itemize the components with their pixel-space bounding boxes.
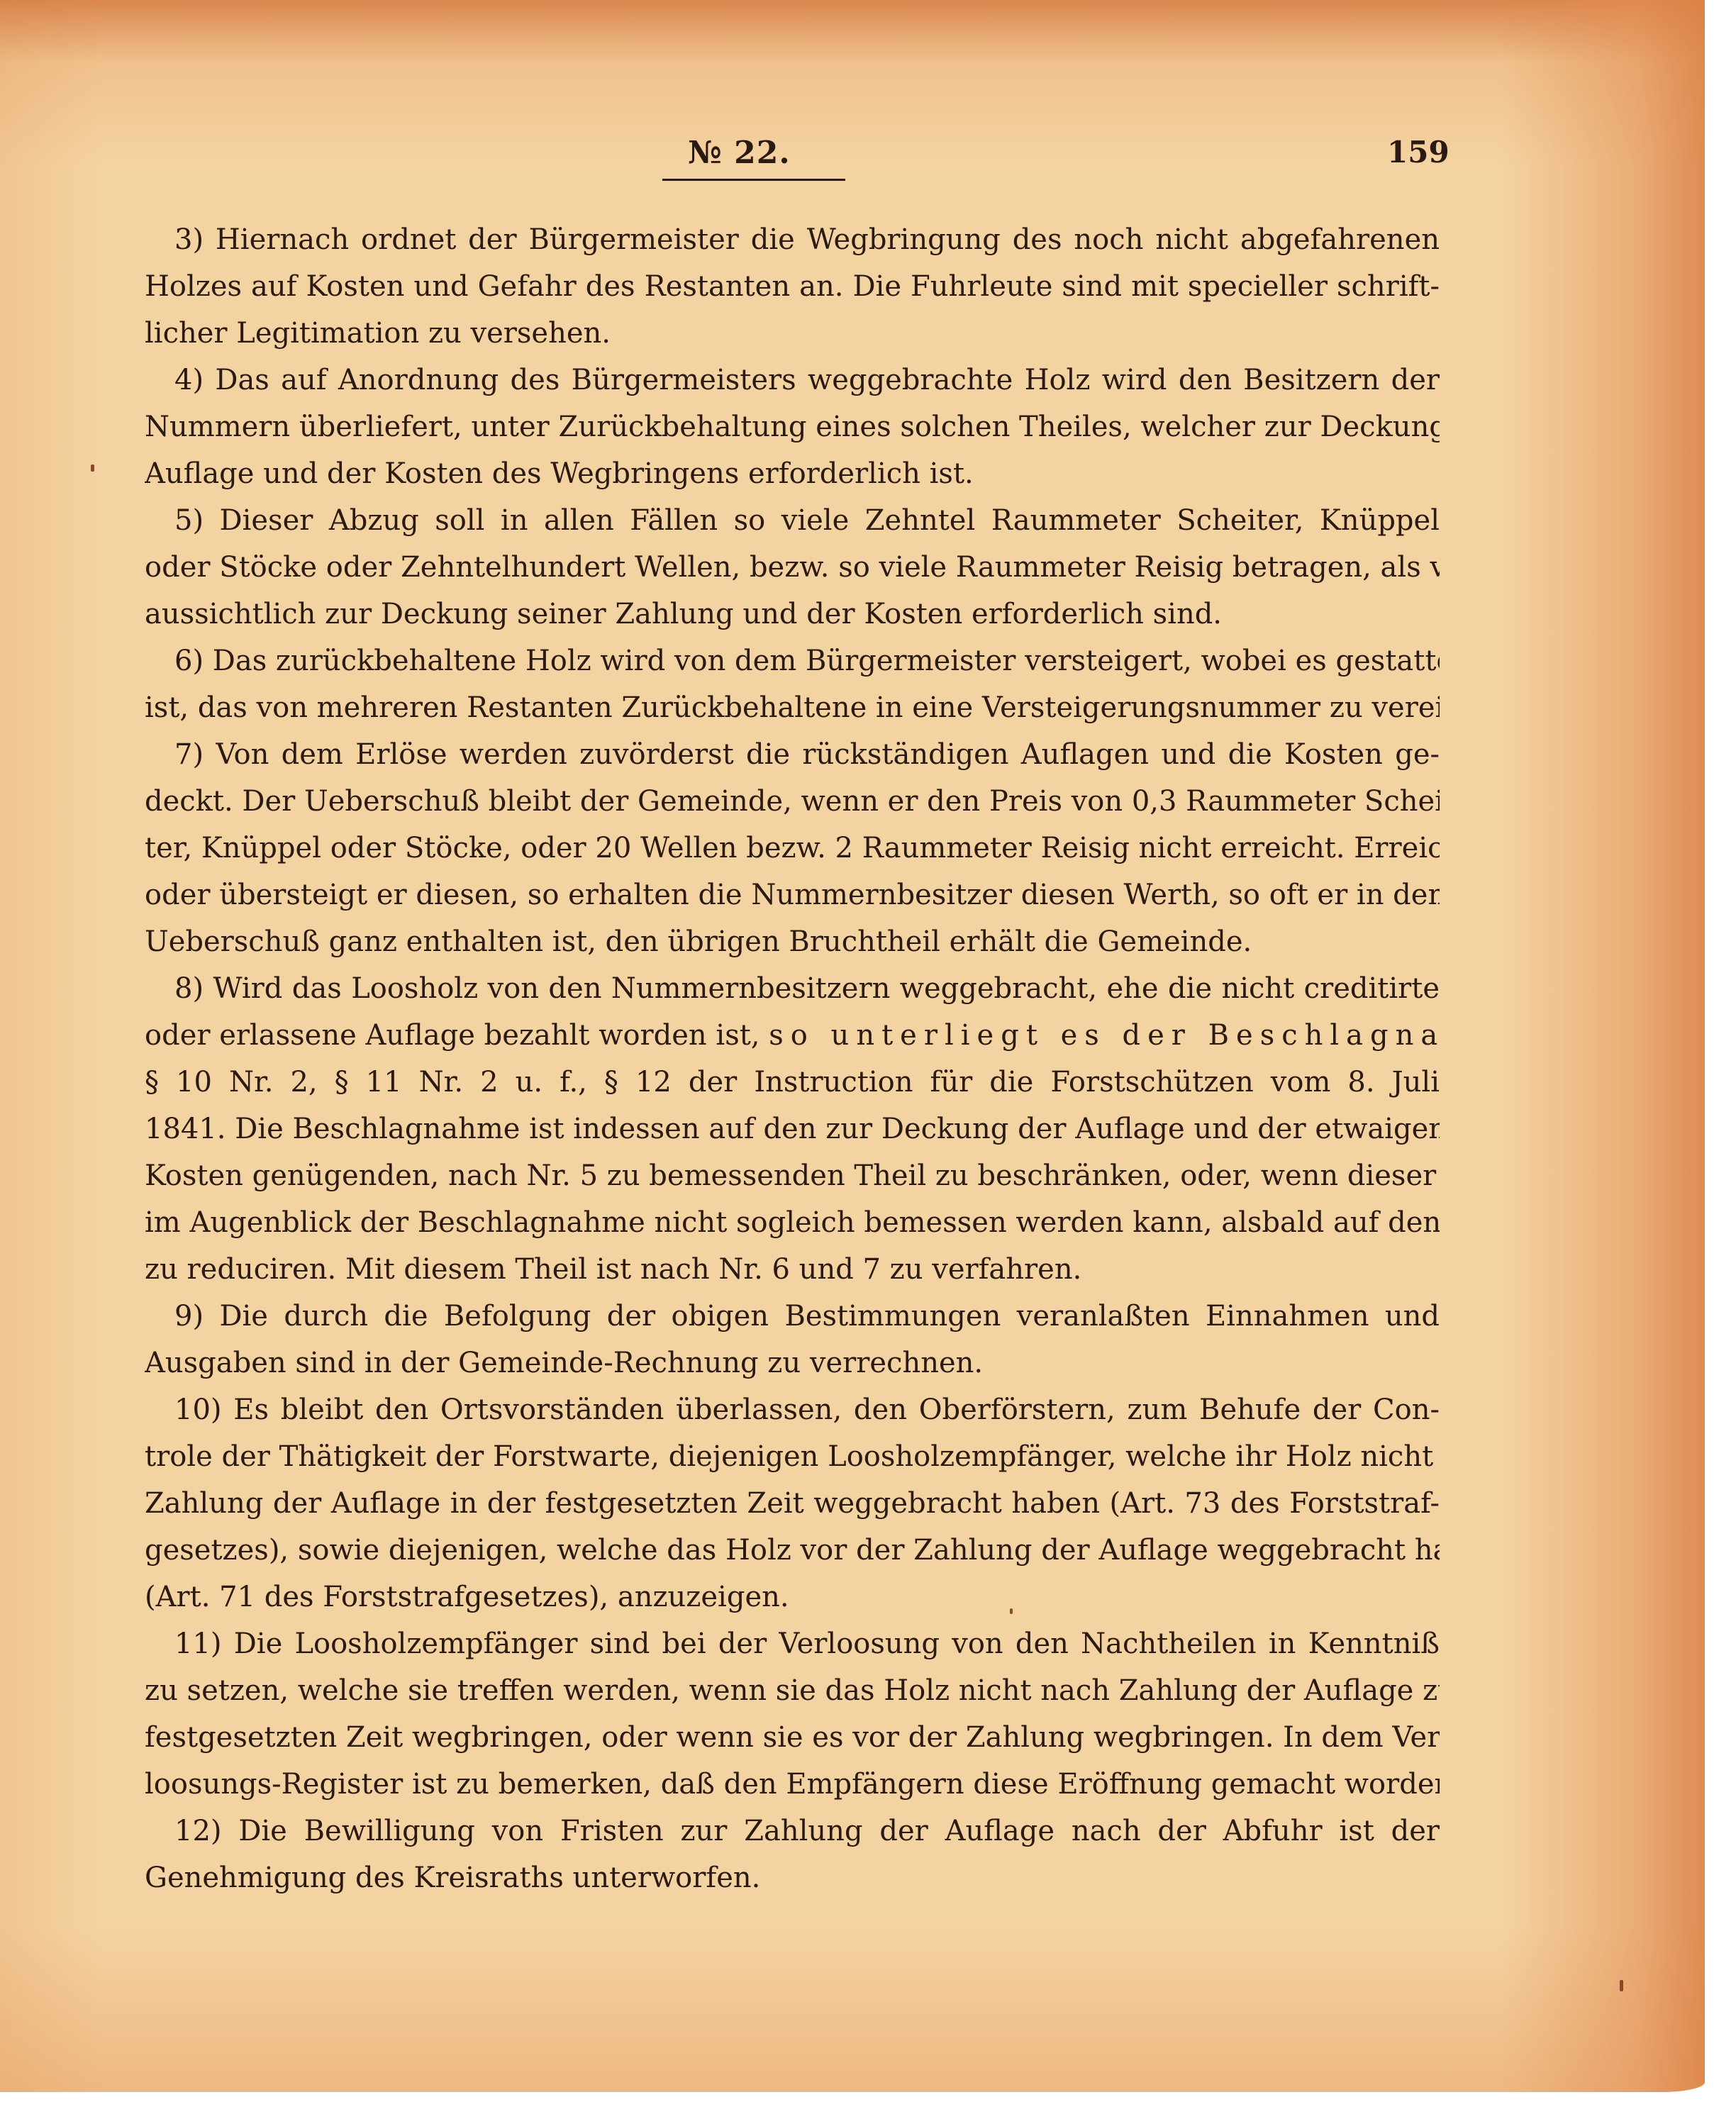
paragraph-7-line-2: deckt. Der Ueberschuß bleibt der Gemeind… (145, 782, 1440, 821)
paragraph-11-line-4: loosungs-Register ist zu bemerken, daß d… (145, 1764, 1440, 1804)
paragraph-8-line-2-before: oder erlassene Auflage bezahlt worden is… (145, 1019, 769, 1052)
paragraph-8-line-1: 8) Wird das Loosholz von den Nummernbesi… (174, 969, 1440, 1008)
paragraph-8-line-7: zu reduciren. Mit diesem Theil ist nach … (145, 1250, 1440, 1289)
paragraph-3-line-3: licher Legitimation zu versehen. (145, 313, 1440, 353)
paragraph-10-line-4: gesetzes), sowie diejenigen, welche das … (145, 1530, 1440, 1570)
paragraph-10-line-3: Zahlung der Auflage in der festgesetzten… (145, 1484, 1440, 1523)
emphasized-text: so unterliegt es der Beschlagnahme (769, 1019, 1440, 1052)
paragraph-7-line-4: oder übersteigt er diesen, so erhalten d… (145, 875, 1440, 915)
scan-speck (1620, 1980, 1623, 1991)
scan-speck (1010, 1608, 1013, 1614)
paragraph-10-line-1: 10) Es bleibt den Ortsvorständen überlas… (174, 1390, 1440, 1430)
paragraph-8-line-4: 1841. Die Beschlagnahme ist indessen auf… (145, 1109, 1440, 1149)
paragraph-12-line-1: 12) Die Bewilligung von Fristen zur Zahl… (174, 1811, 1440, 1851)
paragraph-3-line-1: 3) Hiernach ordnet der Bürgermeister die… (174, 220, 1440, 260)
paragraph-9-line-2: Ausgaben sind in der Gemeinde-Rechnung z… (145, 1343, 1440, 1383)
paragraph-10-line-5: (Art. 71 des Forststrafgesetzes), anzuze… (145, 1577, 1440, 1617)
paragraph-9-line-1: 9) Die durch die Befolgung der obigen Be… (174, 1296, 1440, 1336)
paragraph-4-line-1: 4) Das auf Anordnung des Bürgermeisters … (174, 360, 1440, 400)
paragraph-3-line-2: Holzes auf Kosten und Gefahr des Restant… (145, 267, 1440, 306)
header-rule (662, 179, 845, 181)
issue-number: № 22. (688, 135, 791, 171)
paragraph-11-line-3: festgesetzten Zeit wegbringen, oder wenn… (145, 1718, 1440, 1757)
paragraph-10-line-2: trole der Thätigkeit der Forstwarte, die… (145, 1437, 1440, 1476)
paragraph-8-line-2: oder erlassene Auflage bezahlt worden is… (145, 1016, 1440, 1055)
paragraph-7-line-5: Ueberschuß ganz enthalten ist, den übrig… (145, 922, 1440, 962)
paragraph-8-line-6: im Augenblick der Beschlagnahme nicht so… (145, 1203, 1440, 1242)
paragraph-7-line-3: ter, Knüppel oder Stöcke, oder 20 Wellen… (145, 828, 1440, 868)
paragraph-5-line-2: oder Stöcke oder Zehntelhundert Wellen, … (145, 547, 1440, 587)
paragraph-5-line-3: aussichtlich zur Deckung seiner Zahlung … (145, 594, 1440, 634)
paragraph-4-line-2: Nummern überliefert, unter Zurückbehaltu… (145, 407, 1440, 447)
paragraph-11-line-1: 11) Die Loosholzempfänger sind bei der V… (174, 1624, 1440, 1664)
paragraph-6-line-1: 6) Das zurückbehaltene Holz wird von dem… (174, 641, 1440, 681)
paragraph-5-line-1: 5) Dieser Abzug soll in allen Fällen so … (174, 501, 1440, 540)
paragraph-12-line-2: Genehmigung des Kreisraths unterworfen. (145, 1858, 1440, 1898)
paragraph-11-line-2: zu setzen, welche sie treffen werden, we… (145, 1671, 1440, 1711)
paragraph-7-line-1: 7) Von dem Erlöse werden zuvörderst die … (174, 735, 1440, 774)
page-number: 159 (1387, 135, 1450, 169)
paragraph-8-line-3: § 10 Nr. 2, § 11 Nr. 2 u. f., § 12 der I… (145, 1062, 1440, 1102)
document-page: № 22. 159 3) Hiernach ordnet der Bürgerm… (0, 0, 1705, 2092)
paragraph-8-line-5: Kosten genügenden, nach Nr. 5 zu bemesse… (145, 1156, 1440, 1196)
paragraph-6-line-2: ist, das von mehreren Restanten Zurückbe… (145, 688, 1440, 728)
paragraph-4-line-3: Auflage und der Kosten des Wegbringens e… (145, 454, 1440, 494)
scan-speck (91, 465, 94, 472)
